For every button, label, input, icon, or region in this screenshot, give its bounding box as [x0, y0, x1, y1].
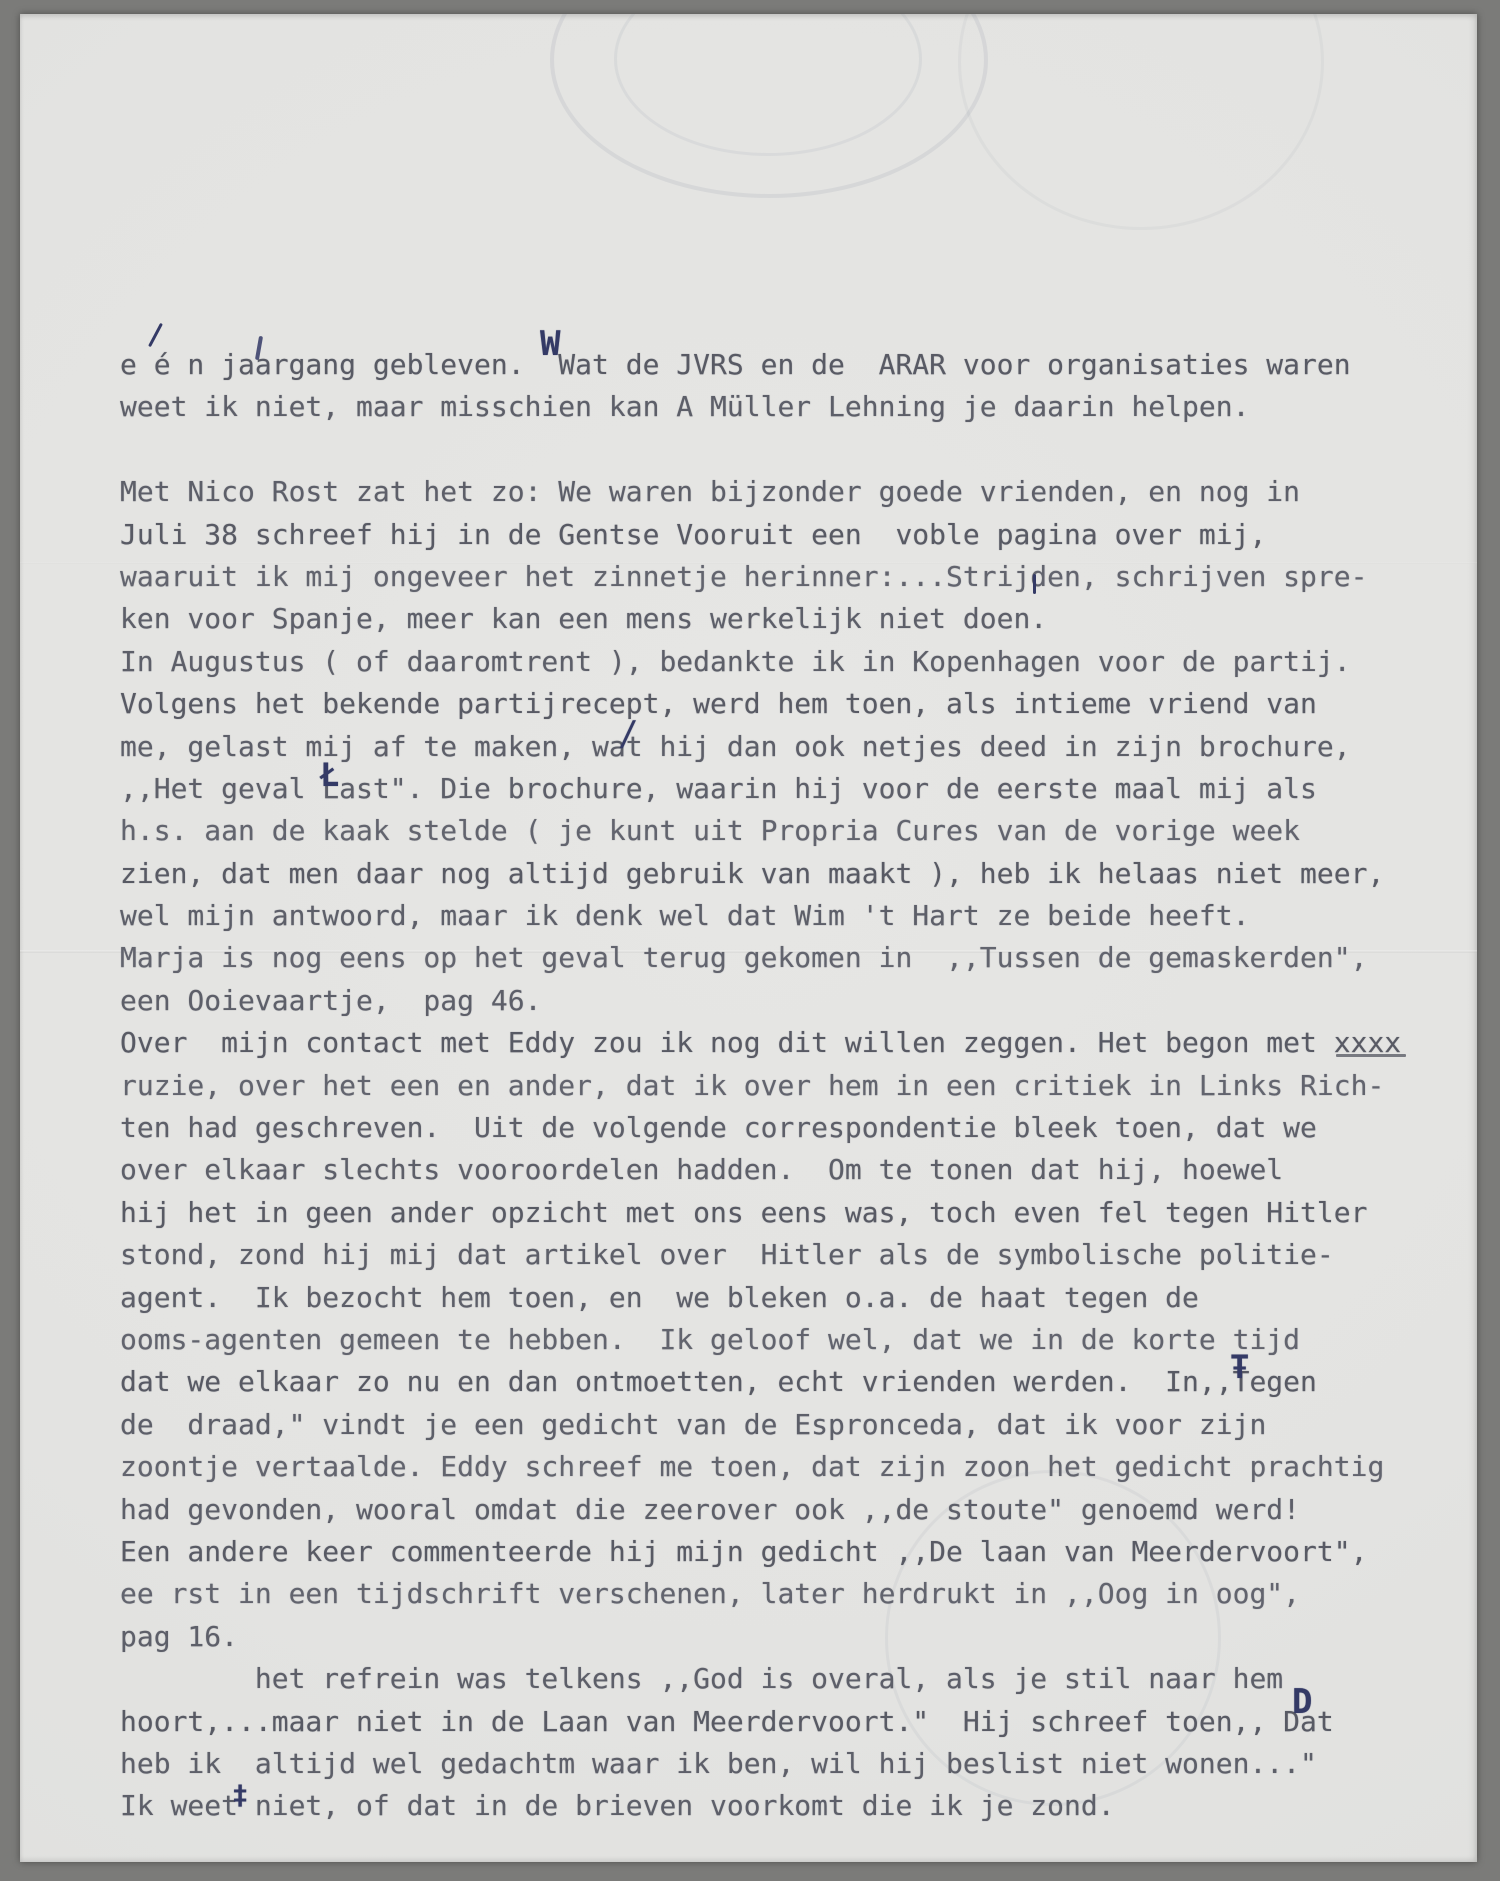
letter-line: e é n jaargang gebleven. Wat de JVRS en …	[120, 344, 1401, 386]
typed-strikeout-xxxx	[1336, 1054, 1406, 1057]
faint-stamp-ring-icon	[550, 14, 988, 198]
letter-line: hoort,...maar niet in de Laan van Meerde…	[120, 1701, 1401, 1743]
letter-line: Juli 38 schreef hij in de Gentse Vooruit…	[120, 514, 1401, 556]
letter-line: agent. Ik bezocht hem toen, en we bleken…	[120, 1277, 1401, 1319]
letter-line: wel mijn antwoord, maar ik denk wel dat …	[120, 895, 1401, 937]
letter-line: pag 16.	[120, 1616, 1401, 1658]
letter-body: e é n jaargang gebleven. Wat de JVRS en …	[120, 344, 1401, 1828]
scanned-letter-background: e é n jaargang gebleven. Wat de JVRS en …	[0, 0, 1500, 1881]
letter-line: stond, zond hij mij dat artikel over Hit…	[120, 1234, 1401, 1276]
letter-line: Over mijn contact met Eddy zou ik nog di…	[120, 1022, 1401, 1064]
letter-line: Een andere keer commenteerde hij mijn ge…	[120, 1531, 1401, 1573]
letter-line: de draad," vindt je een gedicht van de E…	[120, 1404, 1401, 1446]
letter-line: zoontje vertaalde. Eddy schreef me toen,…	[120, 1446, 1401, 1488]
letter-line: ken voor Spanje, meer kan een mens werke…	[120, 598, 1401, 640]
letter-line: h.s. aan de kaak stelde ( je kunt uit Pr…	[120, 810, 1401, 852]
letter-line: heb ik altijd wel gedachtm waar ik ben, …	[120, 1743, 1401, 1785]
letter-line: In Augustus ( of daaromtrent ), bedankte…	[120, 641, 1401, 683]
letter-line: ee rst in een tijdschrift verschenen, la…	[120, 1573, 1401, 1615]
faint-stamp-inner-ring-icon	[614, 14, 922, 156]
letter-line: ruzie, over het een en ander, dat ik ove…	[120, 1065, 1401, 1107]
letter-line: Volgens het bekende partijrecept, werd h…	[120, 683, 1401, 725]
letter-line: Met Nico Rost zat het zo: We waren bijzo…	[120, 471, 1401, 513]
letter-line: weet ik niet, maar misschien kan A Mülle…	[120, 386, 1401, 428]
letter-line: Marja is nog eens op het geval terug gek…	[120, 937, 1401, 979]
letter-line: hij het in geen ander opzicht met ons ee…	[120, 1192, 1401, 1234]
letter-line: waaruit ik mij ongeveer het zinnetje her…	[120, 556, 1401, 598]
letter-line: het refrein was telkens ,,God is overal,…	[120, 1658, 1401, 1700]
letter-line: dat we elkaar zo nu en dan ontmoetten, e…	[120, 1361, 1401, 1403]
letter-line: ,,Het geval Last". Die brochure, waarin …	[120, 768, 1401, 810]
letter-line: had gevonden, wooral omdat die zeerover …	[120, 1489, 1401, 1531]
letter-line: Ik weet niet, of dat in de brieven voork…	[120, 1785, 1401, 1827]
faint-stamp-side-ring-icon	[958, 14, 1324, 230]
letter-line: een Ooievaartje, pag 46.	[120, 980, 1401, 1022]
letter-line: ten had geschreven. Uit de volgende corr…	[120, 1107, 1401, 1149]
letter-line: me, gelast mij af te maken, wat hij dan …	[120, 726, 1401, 768]
letter-line: over elkaar slechts vooroordelen hadden.…	[120, 1149, 1401, 1191]
letter-line: zien, dat men daar nog altijd gebruik va…	[120, 853, 1401, 895]
letter-paper: e é n jaargang gebleven. Wat de JVRS en …	[20, 14, 1477, 1862]
letter-line	[120, 429, 1401, 471]
letter-line: ooms-agenten gemeen te hebben. Ik geloof…	[120, 1319, 1401, 1361]
